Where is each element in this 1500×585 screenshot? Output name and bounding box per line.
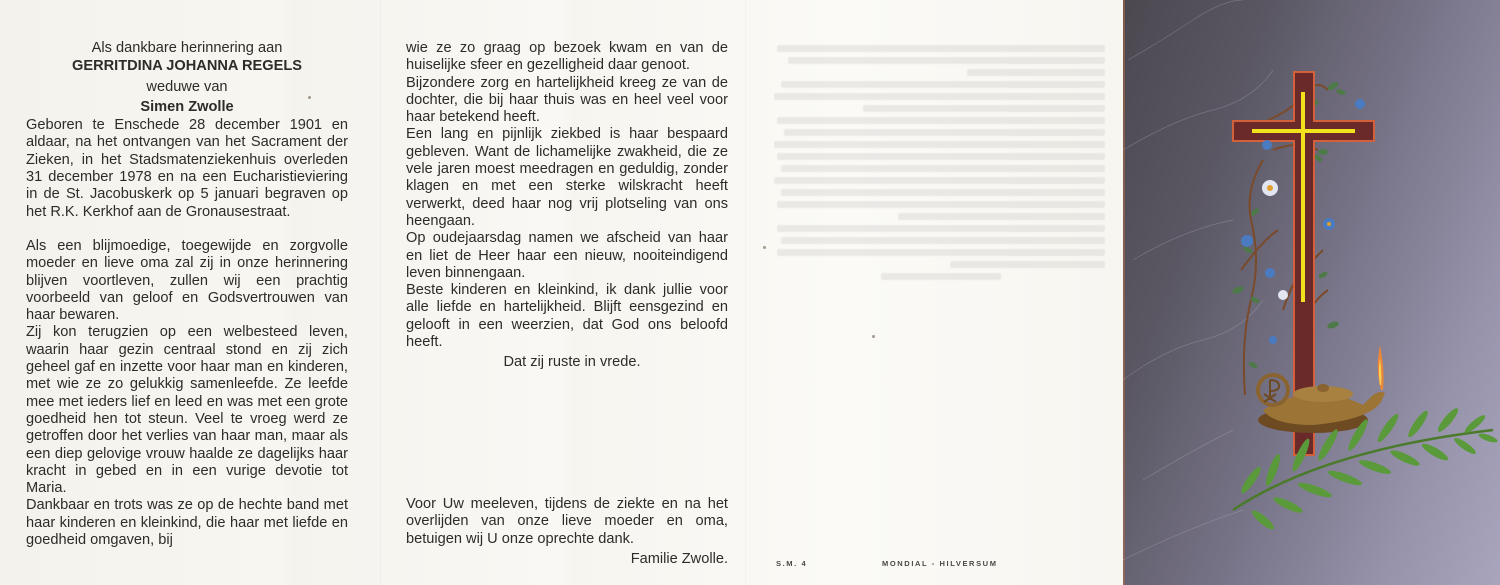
printer-name: MONDIAL - HILVERSUM	[882, 559, 998, 568]
fold-line	[380, 0, 381, 585]
paper-speck	[872, 335, 875, 338]
closing-prayer: Dat zij ruste in vrede.	[406, 354, 728, 371]
fold-line	[745, 0, 746, 585]
memorial-card-inside: Als dankbare herinnering aan GERRITDINA …	[0, 0, 1123, 585]
relation-text: weduwe van	[26, 79, 348, 96]
memorial-illustration	[1123, 0, 1500, 585]
paper-speck	[308, 96, 311, 99]
paragraph: Op oudejaarsdag namen we afscheid van ha…	[406, 230, 728, 282]
intro-text: Als dankbare herinnering aan	[26, 40, 348, 57]
deceased-name: GERRITDINA JOHANNA REGELS	[26, 58, 348, 75]
panel-middle: wie ze zo graag op bezoek kwam en van de…	[406, 0, 728, 585]
paragraph: Een lang en pijnlijk ziekbed is haar bes…	[406, 126, 728, 230]
thanks-text: Voor Uw meeleven, tijdens de ziekte en n…	[406, 496, 728, 548]
paragraph: Beste kinderen en kleinkind, ik dank jul…	[406, 282, 728, 351]
paragraph: Zij kon terugzien op een welbesteed leve…	[26, 324, 348, 497]
spouse-name: Simen Zwolle	[26, 99, 348, 116]
biography: Geboren te Enschede 28 december 1901 en …	[26, 117, 348, 221]
cross-lamp-palm-illustration	[1123, 0, 1500, 585]
printer-code: S.M. 4	[776, 559, 807, 568]
paragraph: Als een blijmoedige, toegewijde en zorgv…	[26, 238, 348, 324]
thanks-block: Voor Uw meeleven, tijdens de ziekte en n…	[406, 496, 728, 568]
paragraph: Dankbaar en trots was ze op de hechte ba…	[26, 497, 348, 549]
paragraph: wie ze zo graag op bezoek kwam en van de…	[406, 40, 728, 75]
paragraph: Bijzondere zorg en hartelijkheid kreeg z…	[406, 75, 728, 127]
paper-speck	[763, 246, 766, 249]
panel-left: Als dankbare herinnering aan GERRITDINA …	[26, 0, 348, 585]
bleed-through-text	[760, 40, 1105, 285]
family-signature: Familie Zwolle.	[406, 551, 728, 568]
